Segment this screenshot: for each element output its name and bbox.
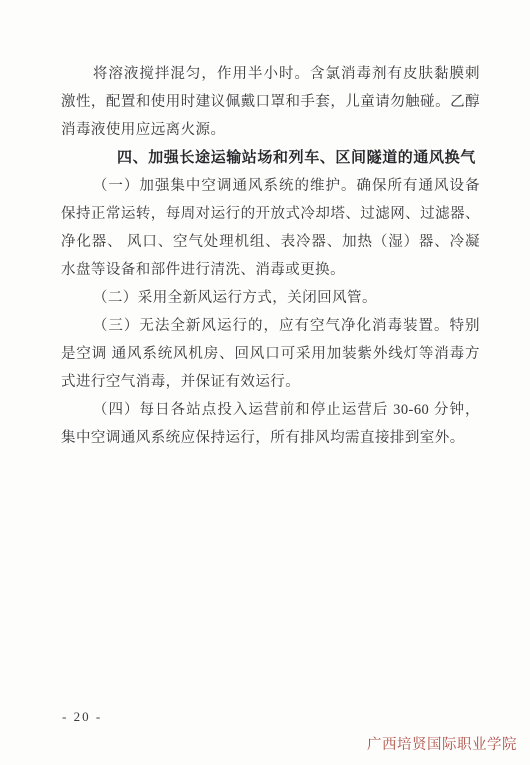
document-page: 将溶液搅拌混匀，作用半小时。含氯消毒剂有皮肤黏膜刺激性，配置和使用时建议佩戴口罩… (0, 0, 530, 765)
list-item-3: （三）无法全新风运行的，应有空气净化消毒装置。特别是空调 通风系统风机房、回风口… (61, 312, 480, 396)
page-number: - 20 - (62, 709, 102, 725)
intro-paragraph: 将溶液搅拌混匀，作用半小时。含氯消毒剂有皮肤黏膜刺激性，配置和使用时建议佩戴口罩… (61, 60, 480, 144)
institution-watermark: 广西培贤国际职业学院 (367, 733, 517, 754)
list-item-2: （二）采用全新风运行方式，关闭回风管。 (61, 284, 480, 312)
list-item-1: （一）加强集中空调通风系统的维护。确保所有通风设备保持正常运转，每周对运行的开放… (61, 172, 480, 284)
section-heading: 四、加强长途运输站场和列车、区间隧道的通风换气 (61, 144, 480, 172)
document-body: 将溶液搅拌混匀，作用半小时。含氯消毒剂有皮肤黏膜刺激性，配置和使用时建议佩戴口罩… (61, 60, 480, 452)
list-item-4: （四）每日各站点投入运营前和停止运营后 30-60 分钟，集中空调通风系统应保持… (61, 396, 480, 452)
